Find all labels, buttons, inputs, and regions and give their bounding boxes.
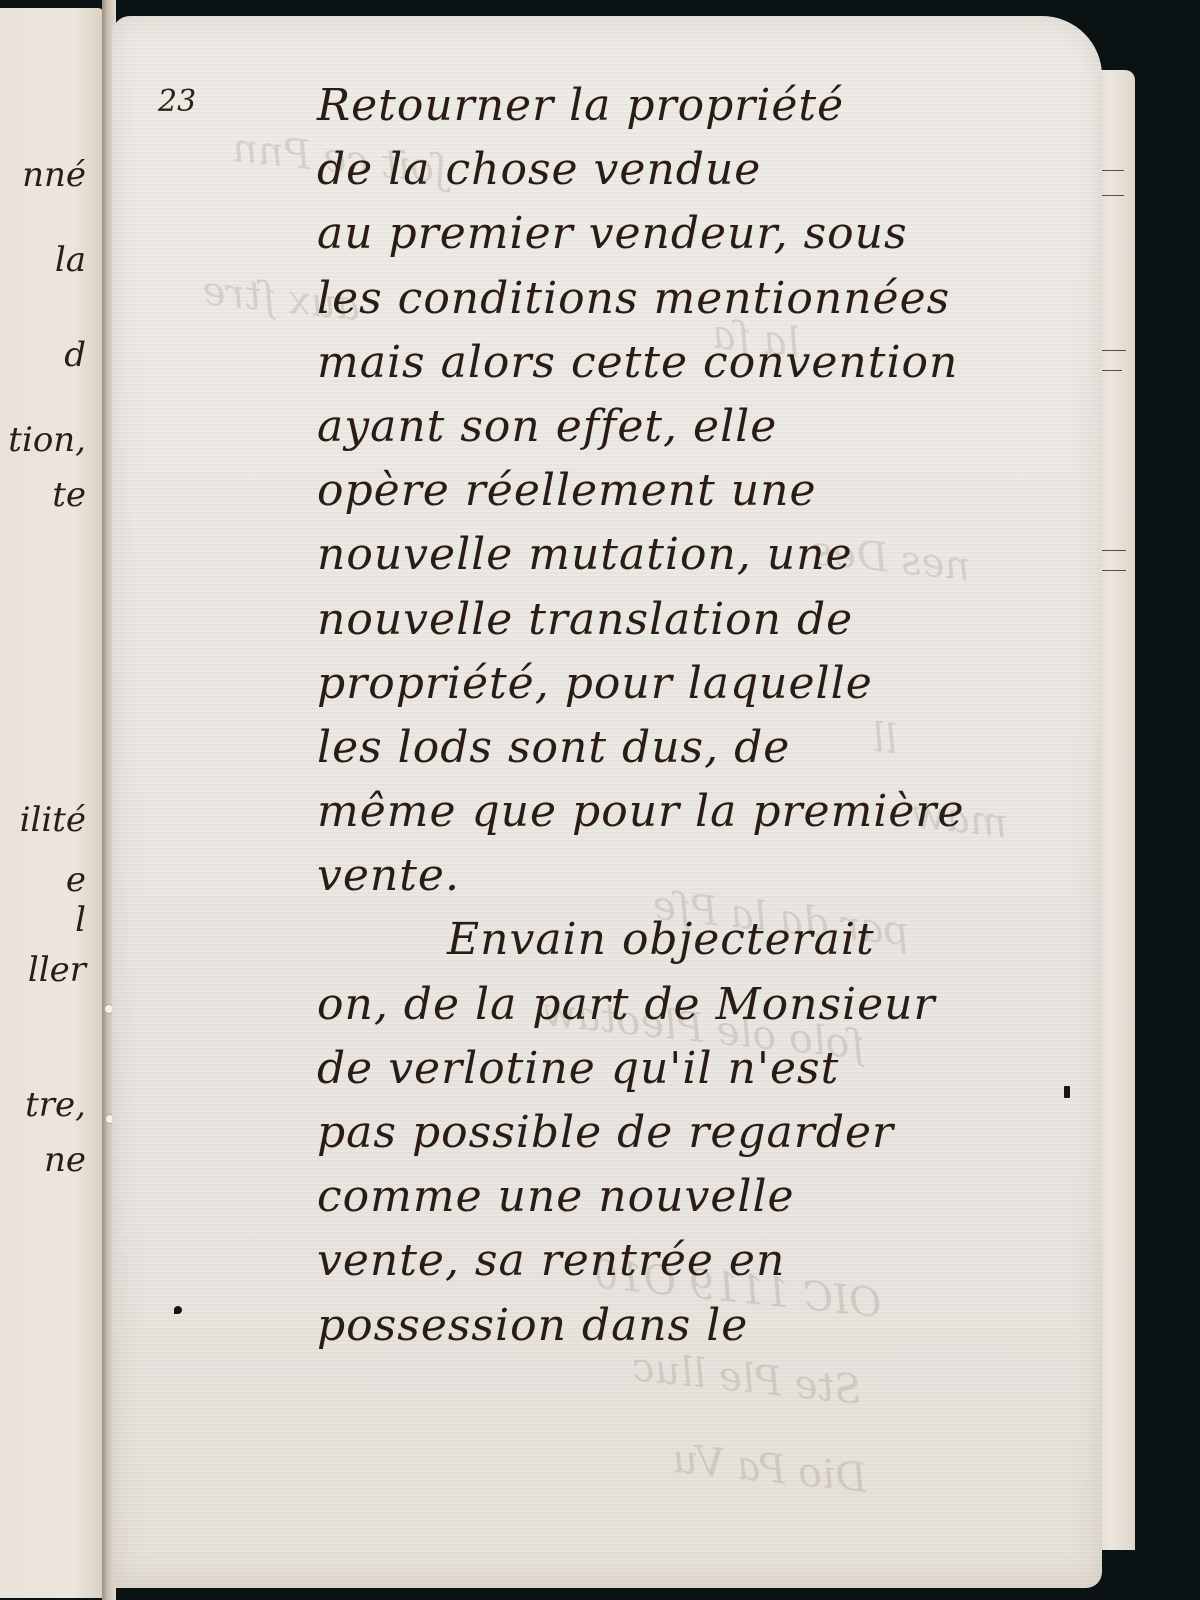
left-fragment: tre, [25,1088,86,1122]
left-fragment: ller [28,953,86,987]
left-fragment: l [75,903,86,937]
text-line: comme une nouvelle [317,1165,1087,1229]
left-fragment: d [64,338,86,372]
text-line: nouvelle mutation, une [317,523,1087,587]
text-line: Retourner la propriété [317,74,1087,138]
photo-stage: nné la d tion, te ilité e l ller tre, ne… [0,0,1200,1600]
manuscript-text: Retourner la propriété de la chose vendu… [317,74,1087,1358]
text-line: mais alors cette convention [317,331,1087,395]
left-fragment: ilité [20,803,86,837]
left-fragment: nné [22,158,86,192]
text-line: de la chose vendue [317,138,1087,202]
text-line: pas possible de regarder [317,1101,1087,1165]
left-fragment: ne [44,1143,86,1177]
text-line: même que pour la première [317,780,1087,844]
page-number: 23 [158,84,196,119]
text-line: propriété, pour laquelle [317,652,1087,716]
previous-page-edge: nné la d tion, te ilité e l ller tre, ne [0,8,104,1598]
text-line: les lods sont dus, de [317,716,1087,780]
text-line: vente. [317,844,1087,908]
text-line: nouvelle translation de [317,588,1087,652]
text-line-indented: Envain objecterait [317,908,1087,972]
left-fragment: e [66,863,86,897]
text-line: possession dans le [317,1294,1087,1358]
ink-blot [1064,1086,1070,1098]
text-line: de verlotine qu'il n'est [317,1037,1087,1101]
text-line: au premier vendeur, sous [317,202,1087,266]
text-line: ayant son effet, elle [317,395,1087,459]
text-line: vente, sa rentrée en [317,1229,1087,1293]
manuscript-page: ʃoit ce Pnn aux ſtre la ſa nes Des ll ma… [112,16,1102,1588]
text-line: on, de la part de Monsieur [317,973,1087,1037]
text-line: les conditions mentionnées [317,267,1087,331]
ink-blot [174,1306,182,1314]
left-fragment: te [52,478,86,512]
text-line: opère réellement une [317,459,1087,523]
left-fragment: la [55,243,86,277]
left-fragment: tion, [8,423,86,457]
bleed-through-text: Dio Pa Vu [670,1436,869,1502]
